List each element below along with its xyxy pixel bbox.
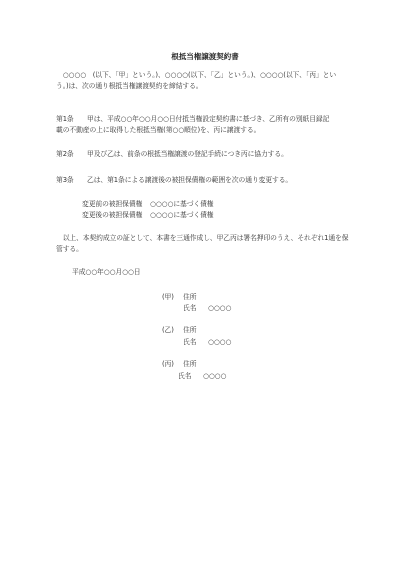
closing-line-2: 管する。 (56, 244, 83, 254)
party-c-name-label: 氏名 (178, 371, 191, 381)
party-a-address-label: 住所 (183, 292, 196, 302)
party-b-name-label: 氏名 (183, 337, 196, 347)
party-b-label: (乙) (162, 325, 174, 335)
party-c-label: (丙) (162, 359, 174, 369)
article-3-heading: 第3条 (56, 175, 74, 185)
article-1-line-2: 載の不動産の上に取得した根抵当権(第○○順位)を、丙に譲渡する。 (56, 125, 260, 135)
party-a-label: (甲) (162, 292, 174, 302)
preamble-line-1: ○○○○ (以下、「甲」という。)、○○○○(以下、「乙」という。)、○○○○(… (56, 70, 336, 80)
change-after-value: ○○○○に基づく債権 (150, 210, 214, 220)
party-c-name: ○○○○ (203, 371, 226, 381)
party-b-name: ○○○○ (208, 337, 231, 347)
article-3-line-1: 乙は、第1条による譲渡後の被担保債権の範囲を次の通り変更する。 (87, 175, 292, 185)
preamble-line-2: う。)は、次の通り根抵当権譲渡契約を締結する。 (56, 81, 202, 91)
party-b-address-label: 住所 (183, 325, 196, 335)
contract-date: 平成○○年○○月○○日 (72, 267, 140, 277)
party-c-address-label: 住所 (183, 359, 196, 369)
party-a-name-label: 氏名 (183, 303, 196, 313)
closing-line-1: 以上、本契約成立の証として、本書を三通作成し、甲乙丙は署名押印のうえ、それぞれ1… (56, 233, 348, 243)
document-page: 根抵当権譲渡契約書 ○○○○ (以下、「甲」という。)、○○○○(以下、「乙」と… (0, 0, 410, 580)
change-before-value: ○○○○に基づく債権 (150, 199, 214, 209)
article-2-heading: 第2条 (56, 149, 74, 159)
document-title: 根抵当権譲渡契約書 (0, 51, 410, 62)
article-1-line-1: 甲は、平成○○年○○月○○日付抵当権設定契約書に基づき、乙所有の別紙目録記 (87, 114, 329, 124)
change-before-label: 変更前の被担保債権 (82, 199, 142, 209)
article-1-heading: 第1条 (56, 114, 74, 124)
change-after-label: 変更後の被担保債権 (82, 210, 142, 220)
party-a-name: ○○○○ (208, 303, 231, 313)
article-2-line-1: 甲及び乙は、前条の根抵当権譲渡の登記手続につき丙に協力する。 (87, 149, 288, 159)
